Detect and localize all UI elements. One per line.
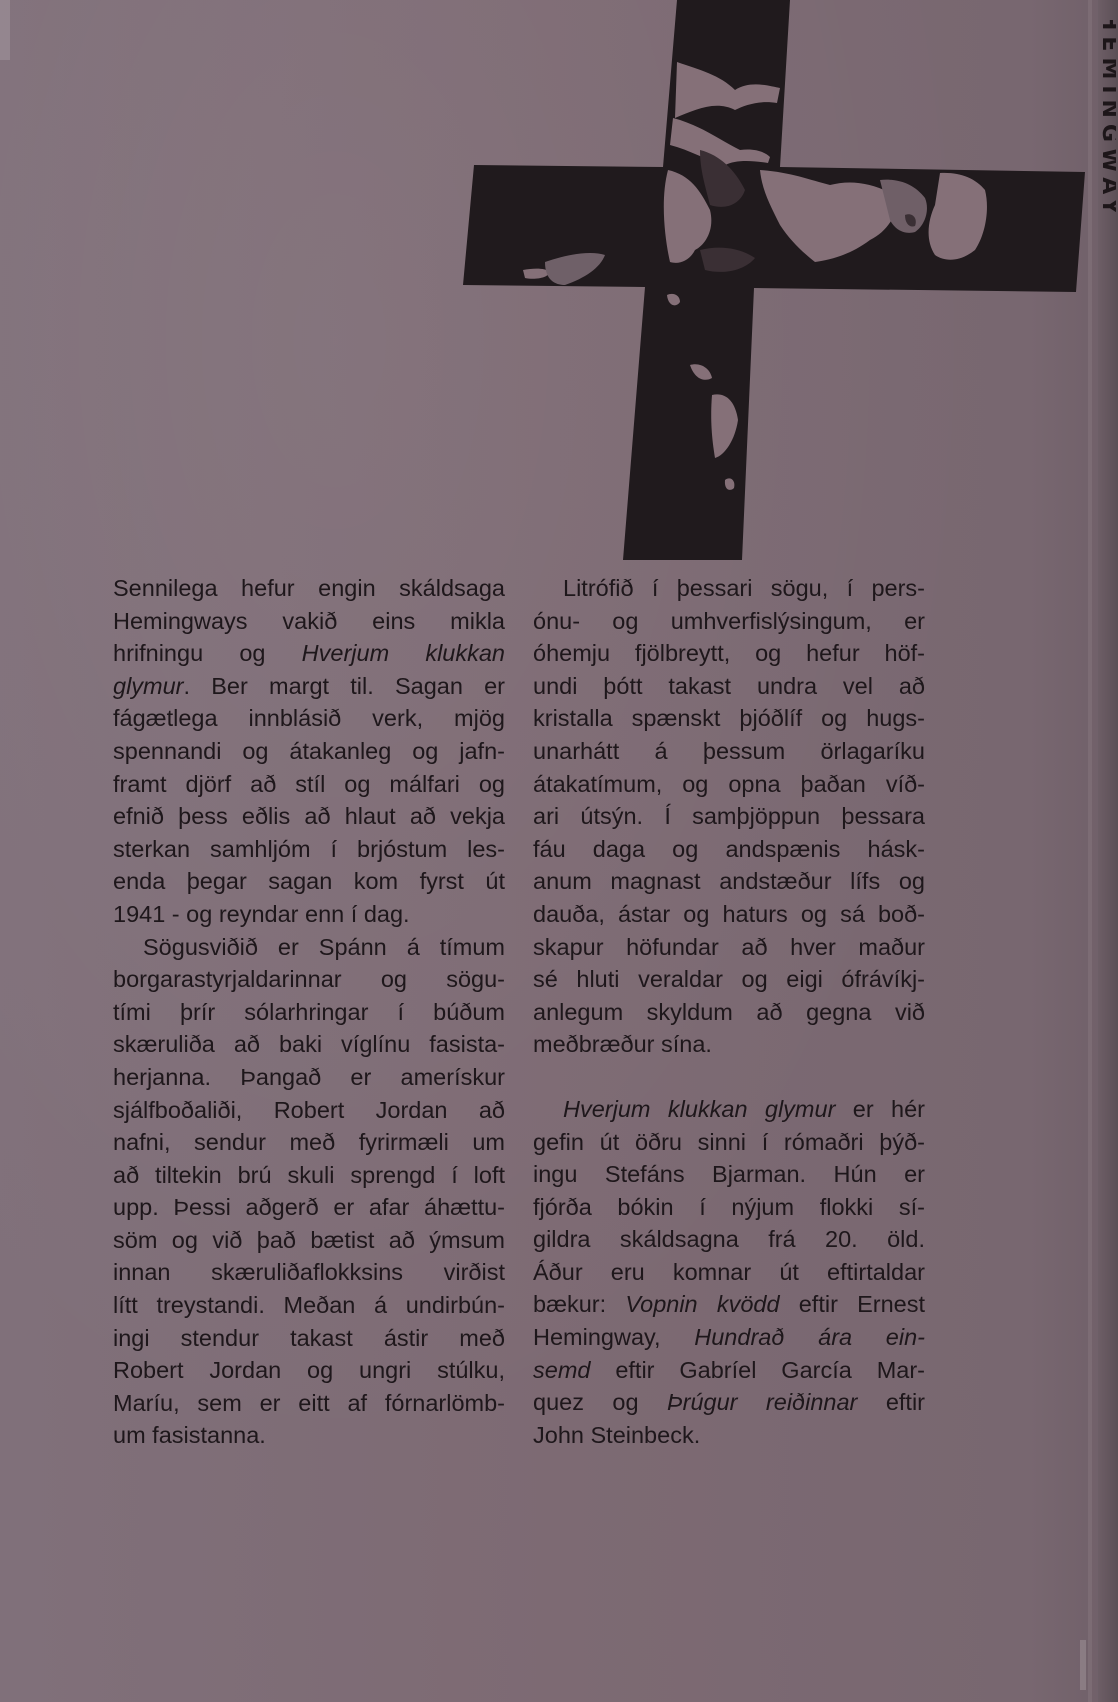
text-line: dauða, ástar og haturs og sá boð- [533, 898, 925, 931]
text-segment: er hér [835, 1096, 925, 1122]
text-segment: Litrófið í þessari sögu, í pers- [563, 575, 925, 601]
text-segment: eftir Ernest [780, 1291, 925, 1317]
text-line: quez og Þrúgur reiðinnar eftir [533, 1386, 925, 1419]
text-segment: tími þrír sólarhringar í búðum [113, 999, 505, 1025]
book-title-italic: semd [533, 1357, 590, 1383]
text-line: anum magnast andstæður lífs og [533, 865, 925, 898]
text-segment: John Steinbeck. [533, 1422, 700, 1448]
text-line: tími þrír sólarhringar í búðum [113, 996, 505, 1029]
text-line: að tiltekin brú skuli sprengd í loft [113, 1159, 505, 1192]
book-title-italic: Hundrað ára ein- [694, 1324, 925, 1350]
scuff-mark [0, 0, 10, 60]
text-segment: spennandi og átakanleg og jafn- [113, 738, 505, 764]
text-line: gefin út öðru sinni í rómaðri þýð- [533, 1126, 925, 1159]
text-line: Hverjum klukkan glymur er hér [533, 1093, 925, 1126]
text-segment: anlegum skyldum að gegna við [533, 999, 925, 1025]
text-segment: enda þegar sagan kom fyrst út [113, 868, 505, 894]
blurb-paragraph: Litrófið í þessari sögu, í pers-ónu- og … [533, 572, 925, 1061]
text-segment: ónu- og umhverfislýsingum, er [533, 608, 925, 634]
text-segment: . Ber margt til. Sagan er [184, 673, 505, 699]
text-segment: quez og [533, 1389, 667, 1415]
blurb-right-column: Litrófið í þessari sögu, í pers-ónu- og … [533, 572, 925, 1451]
text-line: sterkan samhljóm í brjóstum les- [113, 833, 505, 866]
text-segment: skapur höfundar að hver maður [533, 934, 925, 960]
text-line: um fasistanna. [113, 1419, 505, 1452]
text-line: gildra skáldsagna frá 20. öld. [533, 1223, 925, 1256]
blurb-paragraph: Sennilega hefur engin skáldsagaHemingway… [113, 572, 505, 931]
text-segment: bækur: [533, 1291, 625, 1317]
text-line: innan skæruliðaflokksins virðist [113, 1256, 505, 1289]
text-segment: Sögusviðið er Spánn á tímum [143, 934, 505, 960]
book-title-italic: Þrúgur reiðinnar [667, 1389, 857, 1415]
text-line: lítt treystandi. Meðan á undirbún- [113, 1289, 505, 1322]
text-line: fjórða bókin í nýjum flokki sí- [533, 1191, 925, 1224]
text-segment: fjórða bókin í nýjum flokki sí- [533, 1194, 925, 1220]
blurb-paragraph: Sögusviðið er Spánn á tímumborgarastyrja… [113, 931, 505, 1453]
text-line: spennandi og átakanleg og jafn- [113, 735, 505, 768]
text-line: sjálfboðaliði, Robert Jordan að [113, 1094, 505, 1127]
text-segment: óhemju fjölbreytt, og hefur höf- [533, 640, 925, 666]
text-line: sé hluti veraldar og eigi ófrávíkj- [533, 963, 925, 996]
text-segment: sterkan samhljóm í brjóstum les- [113, 836, 505, 862]
text-line: efnið þess eðlis að hlaut að vekja [113, 800, 505, 833]
blurb-paragraph: Hverjum klukkan glymur er hérgefin út öð… [533, 1093, 925, 1452]
scuff-mark [1088, 0, 1092, 1702]
text-segment: undi þótt takast undra vel að [533, 673, 925, 699]
text-segment: lítt treystandi. Meðan á undirbún- [113, 1292, 505, 1318]
text-segment: nafni, sendur með fyrirmæli um [113, 1129, 505, 1155]
text-segment: Áður eru komnar út eftirtaldar [533, 1259, 925, 1285]
text-segment: borgarastyrjaldarinnar og sögu- [113, 966, 505, 992]
text-line: herjanna. Þangað er amerískur [113, 1061, 505, 1094]
text-line: undi þótt takast undra vel að [533, 670, 925, 703]
text-segment: hrifningu og [113, 640, 302, 666]
text-line: Áður eru komnar út eftirtaldar [533, 1256, 925, 1289]
text-line: fáu daga og andspænis hásk- [533, 833, 925, 866]
text-line: upp. Þessi aðgerð er afar áhættu- [113, 1191, 505, 1224]
text-segment: um fasistanna. [113, 1422, 266, 1448]
text-line: Sögusviðið er Spánn á tímum [113, 931, 505, 964]
text-segment: sé hluti veraldar og eigi ófrávíkj- [533, 966, 925, 992]
text-line: borgarastyrjaldarinnar og sögu- [113, 963, 505, 996]
text-segment: Sennilega hefur engin skáldsaga [113, 575, 505, 601]
text-segment: gefin út öðru sinni í rómaðri þýð- [533, 1129, 925, 1155]
text-segment: gildra skáldsagna frá 20. öld. [533, 1226, 925, 1252]
text-line: ónu- og umhverfislýsingum, er [533, 605, 925, 638]
text-segment: söm og við það bætist að ýmsum [113, 1227, 505, 1253]
text-line: 1941 - og reyndar enn í dag. [113, 898, 505, 931]
text-line: ari útsýn. Í samþjöppun þessara [533, 800, 925, 833]
text-segment: Maríu, sem er eitt af fórnarlömb- [113, 1390, 505, 1416]
text-line: Hemingways vakið eins mikla [113, 605, 505, 638]
text-segment: skæruliða að baki víglínu fasista- [113, 1031, 505, 1057]
text-segment: 1941 - og reyndar enn í dag. [113, 901, 410, 927]
text-segment: fáu daga og andspænis hásk- [533, 836, 925, 862]
text-line: skæruliða að baki víglínu fasista- [113, 1028, 505, 1061]
text-segment: ingu Stefáns Bjarman. Hún er [533, 1161, 925, 1187]
text-segment: ari útsýn. Í samþjöppun þessara [533, 803, 925, 829]
text-segment: Hemingways vakið eins mikla [113, 608, 505, 634]
text-segment: að tiltekin brú skuli sprengd í loft [113, 1162, 505, 1188]
text-segment: dauða, ástar og haturs og sá boð- [533, 901, 925, 927]
text-line: framt djörf að stíl og málfari og [113, 768, 505, 801]
text-segment: upp. Þessi aðgerð er afar áhættu- [113, 1194, 505, 1220]
text-segment: sjálfboðaliði, Robert Jordan að [113, 1097, 505, 1123]
cross-photo-graphic [0, 0, 1118, 600]
text-line: ingu Stefáns Bjarman. Hún er [533, 1158, 925, 1191]
text-line: söm og við það bætist að ýmsum [113, 1224, 505, 1257]
text-line: enda þegar sagan kom fyrst út [113, 865, 505, 898]
book-title-italic: Hverjum klukkan [302, 640, 505, 666]
text-segment: efnið þess eðlis að hlaut að vekja [113, 803, 505, 829]
text-line: Sennilega hefur engin skáldsaga [113, 572, 505, 605]
text-line: bækur: Vopnin kvödd eftir Ernest [533, 1288, 925, 1321]
scuff-mark [1080, 1640, 1086, 1690]
text-segment: ingi stendur takast ástir með [113, 1325, 505, 1351]
text-line: Maríu, sem er eitt af fórnarlömb- [113, 1387, 505, 1420]
text-segment: kristalla spænskt þjóðlíf og hugs- [533, 705, 925, 731]
text-segment: unarhátt á þessum örlagaríku [533, 738, 925, 764]
spine-title: HEMINGWAY [1102, 20, 1116, 1020]
text-segment: eftir Gabríel García Mar- [590, 1357, 925, 1383]
text-segment: framt djörf að stíl og málfari og [113, 771, 505, 797]
text-segment: eftir [857, 1389, 925, 1415]
text-line: skapur höfundar að hver maður [533, 931, 925, 964]
text-line: Litrófið í þessari sögu, í pers- [533, 572, 925, 605]
text-segment: fágætlega innblásið verk, mjög [113, 705, 505, 731]
text-line: óhemju fjölbreytt, og hefur höf- [533, 637, 925, 670]
book-title-italic: Vopnin kvödd [625, 1291, 779, 1317]
text-line: nafni, sendur með fyrirmæli um [113, 1126, 505, 1159]
text-segment: Hemingway, [533, 1324, 694, 1350]
text-line: Hemingway, Hundrað ára ein- [533, 1321, 925, 1354]
text-segment: herjanna. Þangað er amerískur [113, 1064, 505, 1090]
text-line: átakatímum, og opna þaðan víð- [533, 768, 925, 801]
text-segment: innan skæruliðaflokksins virðist [113, 1259, 505, 1285]
text-line: glymur. Ber margt til. Sagan er [113, 670, 505, 703]
text-line: John Steinbeck. [533, 1419, 925, 1452]
text-line: anlegum skyldum að gegna við [533, 996, 925, 1029]
text-line: Robert Jordan og ungri stúlku, [113, 1354, 505, 1387]
text-line: semd eftir Gabríel García Mar- [533, 1354, 925, 1387]
text-segment: meðbræður sína. [533, 1031, 712, 1057]
text-line: ingi stendur takast ástir með [113, 1322, 505, 1355]
book-title-italic: glymur [113, 673, 184, 699]
text-segment: anum magnast andstæður lífs og [533, 868, 925, 894]
text-line: kristalla spænskt þjóðlíf og hugs- [533, 702, 925, 735]
text-line: unarhátt á þessum örlagaríku [533, 735, 925, 768]
blurb-left-column: Sennilega hefur engin skáldsagaHemingway… [113, 572, 505, 1452]
book-spine-edge: HEMINGWAY [1098, 0, 1118, 1702]
text-segment: Robert Jordan og ungri stúlku, [113, 1357, 505, 1383]
text-segment: átakatímum, og opna þaðan víð- [533, 771, 925, 797]
text-line: hrifningu og Hverjum klukkan [113, 637, 505, 670]
text-line: fágætlega innblásið verk, mjög [113, 702, 505, 735]
book-title-italic: Hverjum klukkan glymur [563, 1096, 835, 1122]
text-line: meðbræður sína. [533, 1028, 925, 1061]
